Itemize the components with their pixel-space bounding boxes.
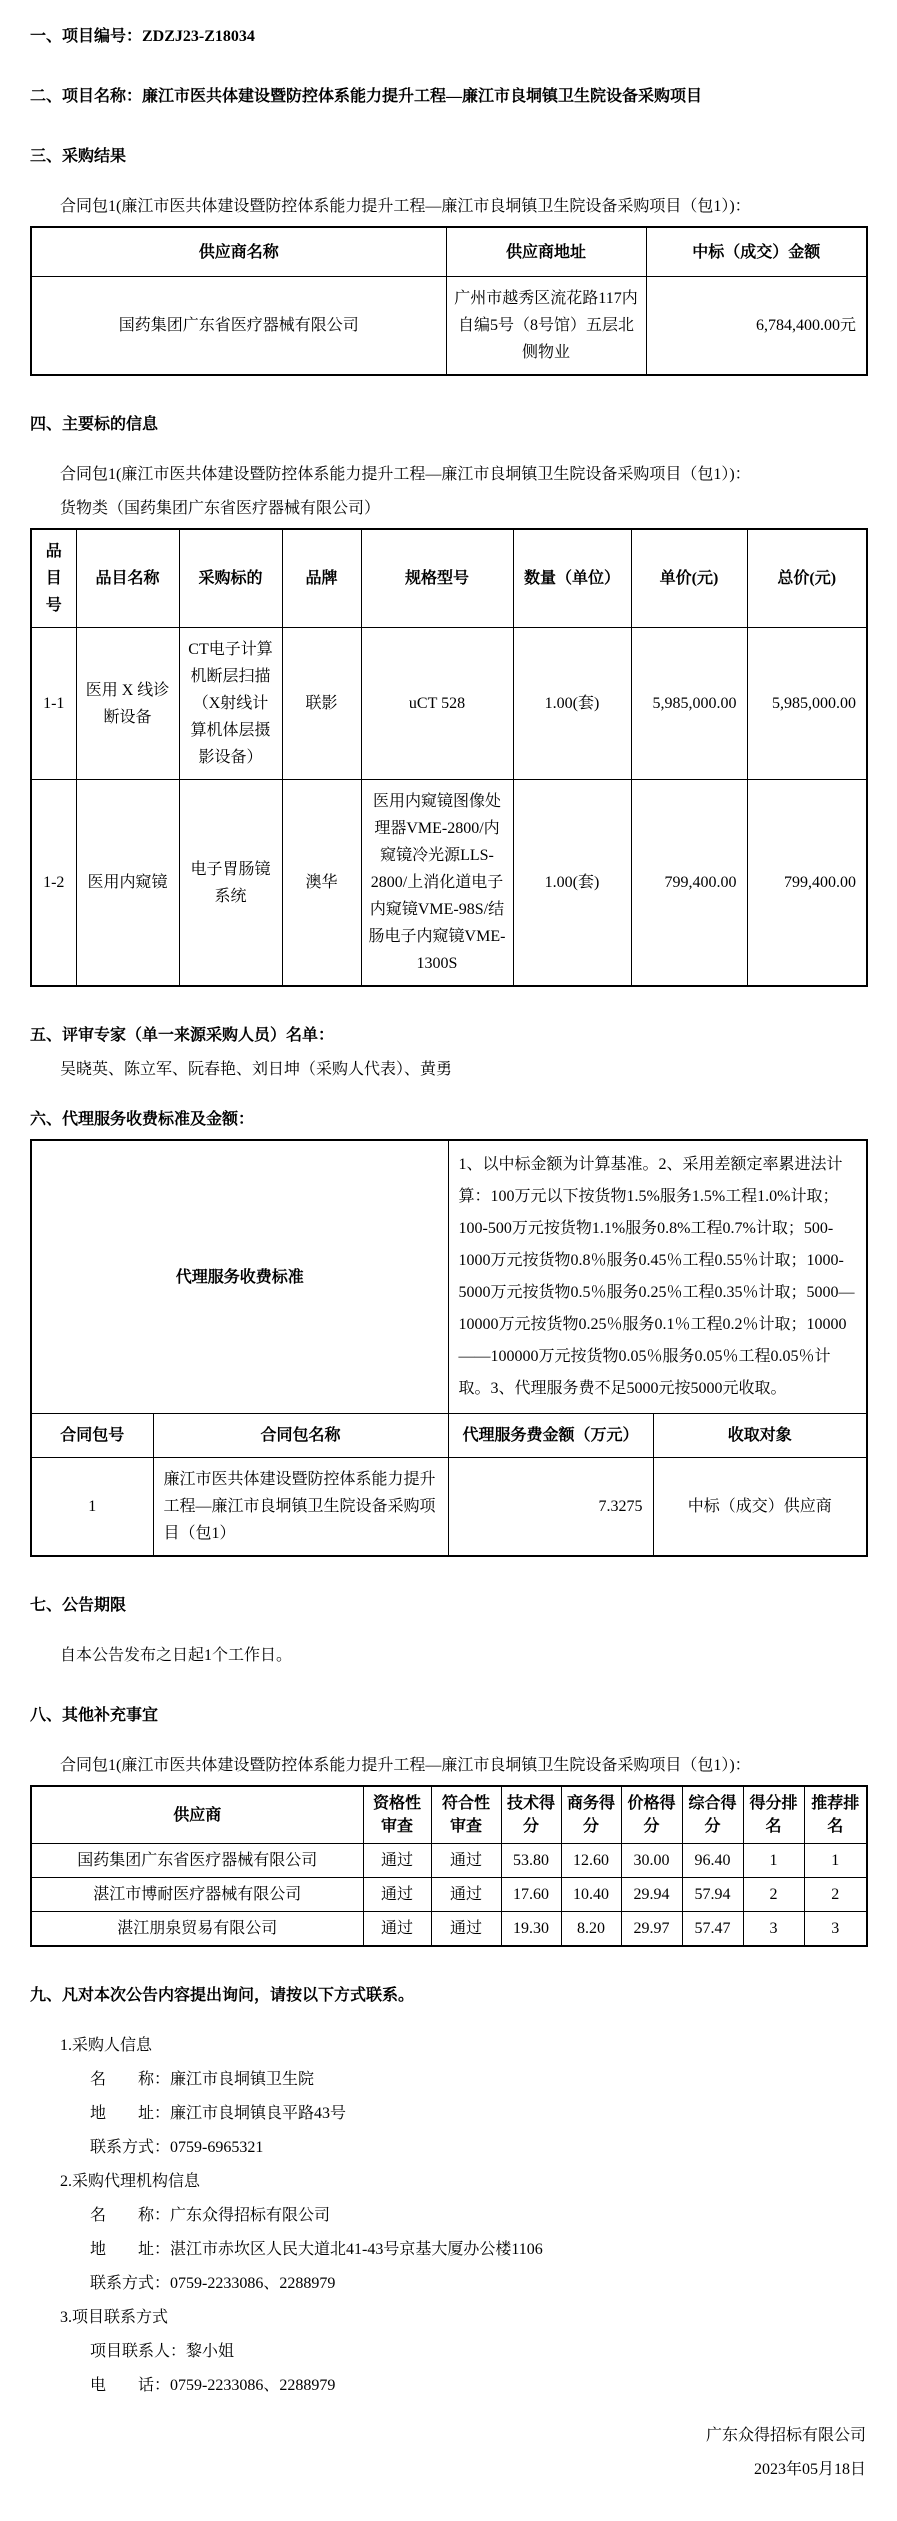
fee-header-package-name: 合同包名称 bbox=[153, 1414, 448, 1458]
agency-fee-table: 代理服务收费标准 1、以中标金额为计算基准。2、采用差额定率累进法计算：100万… bbox=[30, 1139, 868, 1557]
agency-contact: 0759-2233086、2288979 bbox=[170, 2275, 335, 2292]
items-header-subject: 采购标的 bbox=[179, 529, 282, 628]
review-header-overall-score: 综合得分 bbox=[682, 1786, 743, 1844]
fee-standard-text: 1、以中标金额为计算基准。2、采用差额定率累进法计算：100万元以下按货物1.5… bbox=[448, 1140, 867, 1414]
section-project-number: 一、项目编号：ZDZJ23-Z18034 bbox=[30, 26, 866, 48]
agency-address: 湛江市赤坎区人民大道北41-43号京基大厦办公楼1106 bbox=[170, 2241, 543, 2258]
s8-package-line: 合同包1(廉江市医共体建设暨防控体系能力提升工程—廉江市良垌镇卫生院设备采购项目… bbox=[60, 1755, 866, 1777]
items-header-item-no: 品目号 bbox=[31, 529, 76, 628]
purchaser-info-heading: 1.采购人信息 bbox=[60, 2035, 866, 2057]
s4-package-line: 合同包1(廉江市医共体建设暨防控体系能力提升工程—廉江市良垌镇卫生院设备采购项目… bbox=[60, 464, 866, 486]
result-table: 供应商名称 供应商地址 中标（成交）金额 国药集团广东省医疗器械有限公司 广州市… bbox=[30, 226, 868, 376]
section-procurement-result-title: 三、采购结果 bbox=[30, 146, 866, 168]
purchaser-contact-label: 联系方式： bbox=[90, 2139, 170, 2156]
review-qualification: 通过 bbox=[363, 1912, 431, 1947]
purchaser-contact: 0759-6965321 bbox=[170, 2139, 263, 2156]
s4-category-line: 货物类（国药集团广东省医疗器械有限公司） bbox=[60, 498, 866, 520]
review-header-commercial-score: 商务得分 bbox=[561, 1786, 621, 1844]
review-header-qualification: 资格性审查 bbox=[363, 1786, 431, 1844]
items-header-model: 规格型号 bbox=[361, 529, 513, 628]
fee-header-fee-amount: 代理服务费金额（万元） bbox=[448, 1414, 653, 1458]
purchaser-name-line: 名 称：廉江市良垌镇卫生院 bbox=[90, 2069, 866, 2091]
item-subject: CT电子计算机断层扫描（X射线计算机体层摄影设备） bbox=[179, 628, 282, 780]
review-table-header-row: 供应商 资格性审查 符合性审查 技术得分 商务得分 价格得分 综合得分 得分排名… bbox=[31, 1786, 867, 1844]
item-name: 医用 X 线诊断设备 bbox=[76, 628, 179, 780]
review-header-price-score: 价格得分 bbox=[621, 1786, 682, 1844]
project-contact-person-line: 项目联系人：黎小姐 bbox=[90, 2341, 866, 2363]
review-technical-score: 19.30 bbox=[501, 1912, 561, 1947]
review-overall-score: 57.47 bbox=[682, 1912, 743, 1947]
review-score-rank: 1 bbox=[743, 1844, 804, 1878]
review-qualification: 通过 bbox=[363, 1844, 431, 1878]
item-model: 医用内窥镜图像处理器VME-2800/内窥镜冷光源LLS-2800/上消化道电子… bbox=[361, 780, 513, 987]
item-no: 1-1 bbox=[31, 628, 76, 780]
result-header-supplier-address: 供应商地址 bbox=[446, 227, 646, 277]
item-brand: 联影 bbox=[282, 628, 361, 780]
items-header-item-name: 品目名称 bbox=[76, 529, 179, 628]
item-subject: 电子胃肠镜系统 bbox=[179, 780, 282, 987]
project-contact-heading: 3.项目联系方式 bbox=[60, 2307, 866, 2329]
item-total-price: 5,985,000.00 bbox=[747, 628, 867, 780]
purchaser-address: 廉江市良垌镇良平路43号 bbox=[170, 2105, 346, 2122]
fee-charged-party: 中标（成交）供应商 bbox=[653, 1458, 867, 1557]
signature-company: 广东众得招标有限公司 bbox=[30, 2425, 866, 2447]
review-commercial-score: 10.40 bbox=[561, 1878, 621, 1912]
section-contact-title: 九、凡对本次公告内容提出询问，请按以下方式联系。 bbox=[30, 1985, 866, 2007]
section-agency-fee-title: 六、代理服务收费标准及金额： bbox=[30, 1109, 866, 1131]
review-conformity: 通过 bbox=[431, 1912, 501, 1947]
review-recommend-rank: 3 bbox=[804, 1912, 867, 1947]
items-header-total-price: 总价(元) bbox=[747, 529, 867, 628]
item-brand: 澳华 bbox=[282, 780, 361, 987]
review-table-row-1: 国药集团广东省医疗器械有限公司 通过 通过 53.80 12.60 30.00 … bbox=[31, 1844, 867, 1878]
signature-date: 2023年05月18日 bbox=[30, 2459, 866, 2481]
review-supplier: 湛江朋泉贸易有限公司 bbox=[31, 1912, 363, 1947]
section-main-items-title: 四、主要标的信息 bbox=[30, 414, 866, 436]
review-supplier: 国药集团广东省医疗器械有限公司 bbox=[31, 1844, 363, 1878]
item-total-price: 799,400.00 bbox=[747, 780, 867, 987]
project-contact-person-label: 项目联系人： bbox=[90, 2343, 186, 2360]
agency-name-label: 名 称： bbox=[90, 2207, 170, 2224]
result-header-award-amount: 中标（成交）金额 bbox=[646, 227, 867, 277]
review-table-row-2: 湛江市博耐医疗器械有限公司 通过 通过 17.60 10.40 29.94 57… bbox=[31, 1878, 867, 1912]
result-supplier-address: 广州市越秀区流花路117内自编5号（8号馆）五层北侧物业 bbox=[446, 277, 646, 376]
section-experts-title: 五、评审专家（单一来源采购人员）名单： bbox=[30, 1025, 866, 1047]
fee-table-header-row: 合同包号 合同包名称 代理服务费金额（万元） 收取对象 bbox=[31, 1414, 867, 1458]
result-supplier-name: 国药集团广东省医疗器械有限公司 bbox=[31, 277, 446, 376]
section-project-name: 二、项目名称：廉江市医共体建设暨防控体系能力提升工程—廉江市良垌镇卫生院设备采购… bbox=[30, 86, 866, 108]
review-header-supplier: 供应商 bbox=[31, 1786, 363, 1844]
review-header-score-rank: 得分排名 bbox=[743, 1786, 804, 1844]
review-score-rank: 2 bbox=[743, 1878, 804, 1912]
agency-name: 广东众得招标有限公司 bbox=[170, 2207, 330, 2224]
section-announcement-period-title: 七、公告期限 bbox=[30, 1595, 866, 1617]
purchaser-address-line: 地 址：廉江市良垌镇良平路43号 bbox=[90, 2103, 866, 2125]
procurement-announcement-page: 一、项目编号：ZDZJ23-Z18034 二、项目名称：廉江市医共体建设暨防控体… bbox=[30, 26, 866, 2481]
fee-package-no: 1 bbox=[31, 1458, 153, 1557]
item-name: 医用内窥镜 bbox=[76, 780, 179, 987]
item-quantity: 1.00(套) bbox=[513, 780, 631, 987]
items-table: 品目号 品目名称 采购标的 品牌 规格型号 数量（单位） 单价(元) 总价(元)… bbox=[30, 528, 868, 987]
expert-names: 吴晓英、陈立军、阮春艳、刘日坤（采购人代表）、黄勇 bbox=[60, 1059, 866, 1081]
items-header-brand: 品牌 bbox=[282, 529, 361, 628]
project-contact-phone-line: 电 话：0759-2233086、2288979 bbox=[90, 2375, 866, 2397]
fee-header-package-no: 合同包号 bbox=[31, 1414, 153, 1458]
section-supplementary-title: 八、其他补充事宜 bbox=[30, 1705, 866, 1727]
fee-amount: 7.3275 bbox=[448, 1458, 653, 1557]
agency-address-label: 地 址： bbox=[90, 2241, 170, 2258]
announcement-period-text: 自本公告发布之日起1个工作日。 bbox=[60, 1645, 866, 1667]
review-table-row-3: 湛江朋泉贸易有限公司 通过 通过 19.30 8.20 29.97 57.47 … bbox=[31, 1912, 867, 1947]
fee-header-charged-party: 收取对象 bbox=[653, 1414, 867, 1458]
review-recommend-rank: 2 bbox=[804, 1878, 867, 1912]
review-technical-score: 17.60 bbox=[501, 1878, 561, 1912]
items-table-row-1: 1-1 医用 X 线诊断设备 CT电子计算机断层扫描（X射线计算机体层摄影设备）… bbox=[31, 628, 867, 780]
fee-package-name: 廉江市医共体建设暨防控体系能力提升工程—廉江市良垌镇卫生院设备采购项目（包1） bbox=[153, 1458, 448, 1557]
purchaser-contact-line: 联系方式：0759-6965321 bbox=[90, 2137, 866, 2159]
s3-package-line: 合同包1(廉江市医共体建设暨防控体系能力提升工程—廉江市良垌镇卫生院设备采购项目… bbox=[60, 196, 866, 218]
result-table-header-row: 供应商名称 供应商地址 中标（成交）金额 bbox=[31, 227, 867, 277]
review-overall-score: 57.94 bbox=[682, 1878, 743, 1912]
review-commercial-score: 8.20 bbox=[561, 1912, 621, 1947]
review-conformity: 通过 bbox=[431, 1878, 501, 1912]
items-table-row-2: 1-2 医用内窥镜 电子胃肠镜系统 澳华 医用内窥镜图像处理器VME-2800/… bbox=[31, 780, 867, 987]
review-technical-score: 53.80 bbox=[501, 1844, 561, 1878]
review-score-rank: 3 bbox=[743, 1912, 804, 1947]
review-overall-score: 96.40 bbox=[682, 1844, 743, 1878]
agency-name-line: 名 称：广东众得招标有限公司 bbox=[90, 2205, 866, 2227]
review-qualification: 通过 bbox=[363, 1878, 431, 1912]
review-price-score: 29.94 bbox=[621, 1878, 682, 1912]
review-commercial-score: 12.60 bbox=[561, 1844, 621, 1878]
result-table-row: 国药集团广东省医疗器械有限公司 广州市越秀区流花路117内自编5号（8号馆）五层… bbox=[31, 277, 867, 376]
item-quantity: 1.00(套) bbox=[513, 628, 631, 780]
review-price-score: 30.00 bbox=[621, 1844, 682, 1878]
review-header-technical-score: 技术得分 bbox=[501, 1786, 561, 1844]
purchaser-address-label: 地 址： bbox=[90, 2105, 170, 2122]
review-conformity: 通过 bbox=[431, 1844, 501, 1878]
review-header-recommend-rank: 推荐排名 bbox=[804, 1786, 867, 1844]
review-price-score: 29.97 bbox=[621, 1912, 682, 1947]
project-contact-phone: 0759-2233086、2288979 bbox=[170, 2377, 335, 2394]
signature-block: 广东众得招标有限公司 2023年05月18日 bbox=[30, 2425, 866, 2481]
review-header-conformity: 符合性审查 bbox=[431, 1786, 501, 1844]
project-contact-person: 黎小姐 bbox=[186, 2343, 234, 2360]
item-unit-price: 5,985,000.00 bbox=[631, 628, 747, 780]
fee-standard-row: 代理服务收费标准 1、以中标金额为计算基准。2、采用差额定率累进法计算：100万… bbox=[31, 1140, 867, 1414]
review-supplier: 湛江市博耐医疗器械有限公司 bbox=[31, 1878, 363, 1912]
fee-standard-label: 代理服务收费标准 bbox=[31, 1140, 448, 1414]
agency-contact-line: 联系方式：0759-2233086、2288979 bbox=[90, 2273, 866, 2295]
result-header-supplier-name: 供应商名称 bbox=[31, 227, 446, 277]
agency-info-heading: 2.采购代理机构信息 bbox=[60, 2171, 866, 2193]
item-no: 1-2 bbox=[31, 780, 76, 987]
result-award-amount: 6,784,400.00元 bbox=[646, 277, 867, 376]
item-model: uCT 528 bbox=[361, 628, 513, 780]
agency-contact-label: 联系方式： bbox=[90, 2275, 170, 2292]
items-table-header-row: 品目号 品目名称 采购标的 品牌 规格型号 数量（单位） 单价(元) 总价(元) bbox=[31, 529, 867, 628]
agency-address-line: 地 址：湛江市赤坎区人民大道北41-43号京基大厦办公楼1106 bbox=[90, 2239, 866, 2261]
purchaser-name: 廉江市良垌镇卫生院 bbox=[170, 2071, 314, 2088]
review-table: 供应商 资格性审查 符合性审查 技术得分 商务得分 价格得分 综合得分 得分排名… bbox=[30, 1785, 868, 1947]
items-header-unit-price: 单价(元) bbox=[631, 529, 747, 628]
fee-table-row: 1 廉江市医共体建设暨防控体系能力提升工程—廉江市良垌镇卫生院设备采购项目（包1… bbox=[31, 1458, 867, 1557]
items-header-quantity: 数量（单位） bbox=[513, 529, 631, 628]
project-contact-phone-label: 电 话： bbox=[90, 2377, 170, 2394]
purchaser-name-label: 名 称： bbox=[90, 2071, 170, 2088]
review-recommend-rank: 1 bbox=[804, 1844, 867, 1878]
item-unit-price: 799,400.00 bbox=[631, 780, 747, 987]
